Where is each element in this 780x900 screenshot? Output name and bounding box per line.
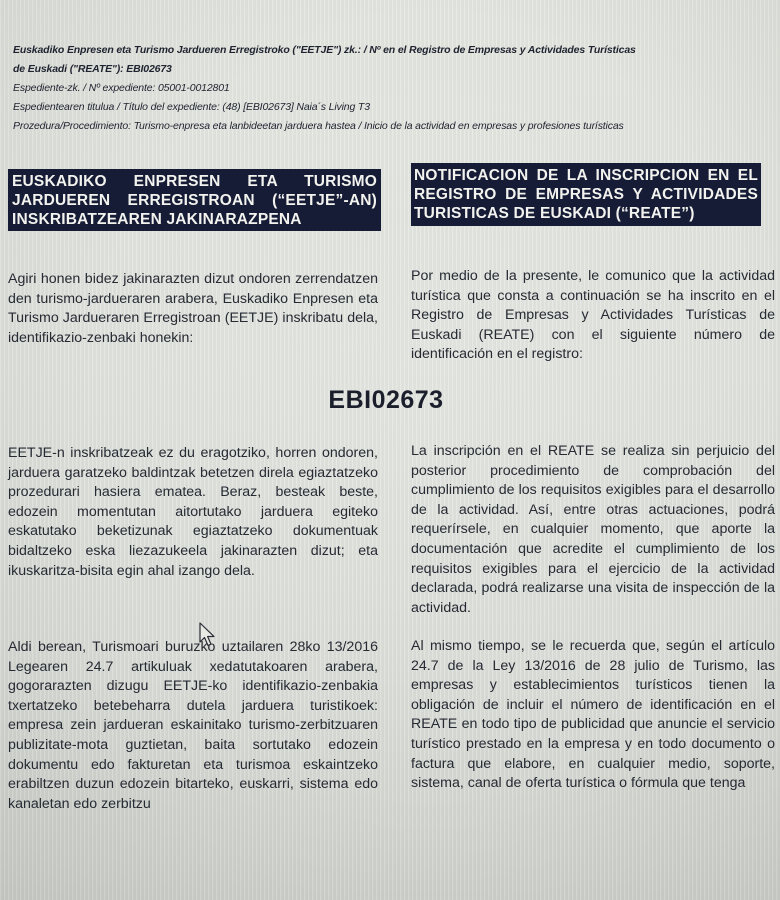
procedure: Prozedura/Procedimiento: Turismo-enpresa…: [13, 117, 773, 136]
spanish-paragraph-2: La inscripción en el REATE se realiza si…: [411, 442, 775, 618]
registry-line-1: Euskadiko Enpresen eta Turismo Jardueren…: [13, 41, 773, 60]
registry-line-2: de Euskadi ("REATE"): EBI02673: [13, 60, 773, 79]
basque-paragraph-1: Agiri honen bidez jakinarazten dizut ond…: [8, 270, 378, 348]
basque-paragraph-3: Aldi berean, Turismoari buruzko uztailar…: [8, 638, 378, 814]
spanish-paragraph-3: Al mismo tiempo, se le recuerda que, seg…: [411, 637, 775, 794]
file-number: Espediente-zk. / Nº expediente: 05001-00…: [13, 79, 773, 98]
basque-heading: EUSKADIKO ENPRESEN ETA TURISMO JARDUEREN…: [8, 169, 381, 231]
spanish-heading: NOTIFICACION DE LA INSCRIPCION EN EL REG…: [411, 163, 761, 226]
spanish-paragraph-1: Por medio de la presente, le comunico qu…: [411, 267, 775, 365]
registration-number: EBI02673: [0, 386, 772, 415]
file-title: Espedientearen titulua / Título del expe…: [13, 98, 773, 117]
basque-paragraph-2: EETJE-n inskribatzeak ez du eragotziko, …: [8, 444, 378, 581]
document-metadata: Euskadiko Enpresen eta Turismo Jardueren…: [13, 41, 773, 136]
mouse-pointer-icon: [199, 622, 217, 648]
